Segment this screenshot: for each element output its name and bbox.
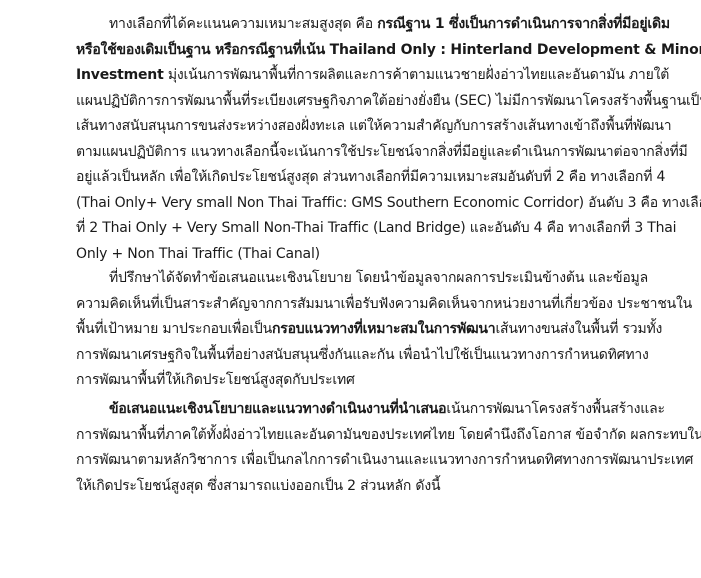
text-run: เน้นการพัฒนาโครงสร้างพื้นสร้างและ xyxy=(446,401,664,417)
text-line: การพัฒนาเศรษฐกิจในพื้นที่อย่างสนับสนุนซึ… xyxy=(76,343,619,369)
text-run: ความคิดเห็นที่เป็นสาระสำคัญจากการสัมมนาเ… xyxy=(76,296,692,312)
text-run: (Thai Only+ Very small Non Thai Traffic:… xyxy=(76,195,701,211)
text-line: Investment มุ่งเน้นการพัฒนาพื้นที่การผลิ… xyxy=(76,63,619,89)
bold-text-run: กรณีฐาน 1 ซึ่งเป็นการดำเนินการจากสิ่งที่… xyxy=(377,16,670,32)
text-line: ข้อเสนอแนะเชิงนโยบายและแนวทางดำเนินงานที… xyxy=(76,397,619,423)
text-line: ที่ 2 Thai Only + Very Small Non-Thai Tr… xyxy=(76,216,619,242)
text-run: แผนปฏิบัติการการพัฒนาพื้นที่ระเบียงเศรษฐ… xyxy=(76,93,701,109)
text-line: ตามแผนปฏิบัติการ แนวทางเลือกนี้จะเน้นการ… xyxy=(76,140,619,166)
text-run: ที่ 2 Thai Only + Very Small Non-Thai Tr… xyxy=(76,220,676,236)
text-run: ให้เกิดประโยชน์สูงสุด ซึ่งสามารถแบ่งออกเ… xyxy=(76,478,440,494)
bold-text-run: Investment xyxy=(76,67,164,83)
text-run: พื้นที่เป้าหมาย มาประกอบเพื่อเป็น xyxy=(76,321,272,337)
text-line: หรือใช้ของเดิมเป็นฐาน หรือกรณีฐานที่เน้น… xyxy=(76,38,619,64)
text-line: การพัฒนาพื้นที่ให้เกิดประโยชน์สูงสุดกับป… xyxy=(76,368,619,394)
text-line: อยู่แล้วเป็นหลัก เพื่อให้เกิดประโยชน์สูง… xyxy=(76,165,619,191)
text-line: (Thai Only+ Very small Non Thai Traffic:… xyxy=(76,191,619,217)
text-line: เส้นทางสนับสนุนการขนส่งระหว่างสองฝั่งทะเ… xyxy=(76,114,619,140)
bold-text-run: หรือใช้ของเดิมเป็นฐาน หรือกรณีฐานที่เน้น… xyxy=(76,42,701,58)
text-line: แผนปฏิบัติการการพัฒนาพื้นที่ระเบียงเศรษฐ… xyxy=(76,89,619,115)
bold-text-run: ข้อเสนอแนะเชิงนโยบายและแนวทางดำเนินงานที… xyxy=(109,401,446,417)
bold-text-run: กรอบแนวทางที่เหมาะสมในการพัฒนา xyxy=(272,321,495,337)
text-line: ที่ปรึกษาได้จัดทำข้อเสนอแนะเชิงนโยบาย โด… xyxy=(76,266,619,292)
text-run: Only + Non Thai Traffic (Thai Canal) xyxy=(76,246,320,262)
text-run: ทางเลือกที่ได้คะแนนความเหมาะสมสูงสุด คือ xyxy=(109,16,377,32)
text-run: เส้นทางสนับสนุนการขนส่งระหว่างสองฝั่งทะเ… xyxy=(76,118,671,134)
text-line: พื้นที่เป้าหมาย มาประกอบเพื่อเป็นกรอบแนว… xyxy=(76,317,619,343)
text-line: ความคิดเห็นที่เป็นสาระสำคัญจากการสัมมนาเ… xyxy=(76,292,619,318)
text-line: Only + Non Thai Traffic (Thai Canal) xyxy=(76,242,619,268)
text-line: ให้เกิดประโยชน์สูงสุด ซึ่งสามารถแบ่งออกเ… xyxy=(76,474,619,500)
text-run: การพัฒนาเศรษฐกิจในพื้นที่อย่างสนับสนุนซึ… xyxy=(76,347,649,363)
text-run: ที่ปรึกษาได้จัดทำข้อเสนอแนะเชิงนโยบาย โด… xyxy=(109,270,648,286)
document-page: ทางเลือกที่ได้คะแนนความเหมาะสมสูงสุด คือ… xyxy=(0,0,701,578)
text-run: การพัฒนาพื้นที่ภาคใต้ทั้งฝั่งอ่าวไทยและอ… xyxy=(76,427,701,443)
text-run: อยู่แล้วเป็นหลัก เพื่อให้เกิดประโยชน์สูง… xyxy=(76,169,665,185)
text-line: การพัฒนาพื้นที่ภาคใต้ทั้งฝั่งอ่าวไทยและอ… xyxy=(76,423,619,449)
paragraph-policy-recommendation: ข้อเสนอแนะเชิงนโยบายและแนวทางดำเนินงานที… xyxy=(76,397,619,499)
text-run: เส้นทางขนส่งในพื้นที่ รวมทั้ง xyxy=(495,321,662,337)
text-run: การพัฒนาตามหลักวิชาการ เพื่อเป็นกลไกการด… xyxy=(76,452,693,468)
text-line: การพัฒนาตามหลักวิชาการ เพื่อเป็นกลไกการด… xyxy=(76,448,619,474)
text-run: การพัฒนาพื้นที่ให้เกิดประโยชน์สูงสุดกับป… xyxy=(76,372,355,388)
text-run: มุ่งเน้นการพัฒนาพื้นที่การผลิตและการค้าต… xyxy=(164,67,670,83)
text-line: ทางเลือกที่ได้คะแนนความเหมาะสมสูงสุด คือ… xyxy=(76,12,619,38)
paragraph-consultant-proposal: ที่ปรึกษาได้จัดทำข้อเสนอแนะเชิงนโยบาย โด… xyxy=(76,266,619,394)
text-run: ตามแผนปฏิบัติการ แนวทางเลือกนี้จะเน้นการ… xyxy=(76,144,688,160)
paragraph-best-alternative: ทางเลือกที่ได้คะแนนความเหมาะสมสูงสุด คือ… xyxy=(76,12,619,267)
